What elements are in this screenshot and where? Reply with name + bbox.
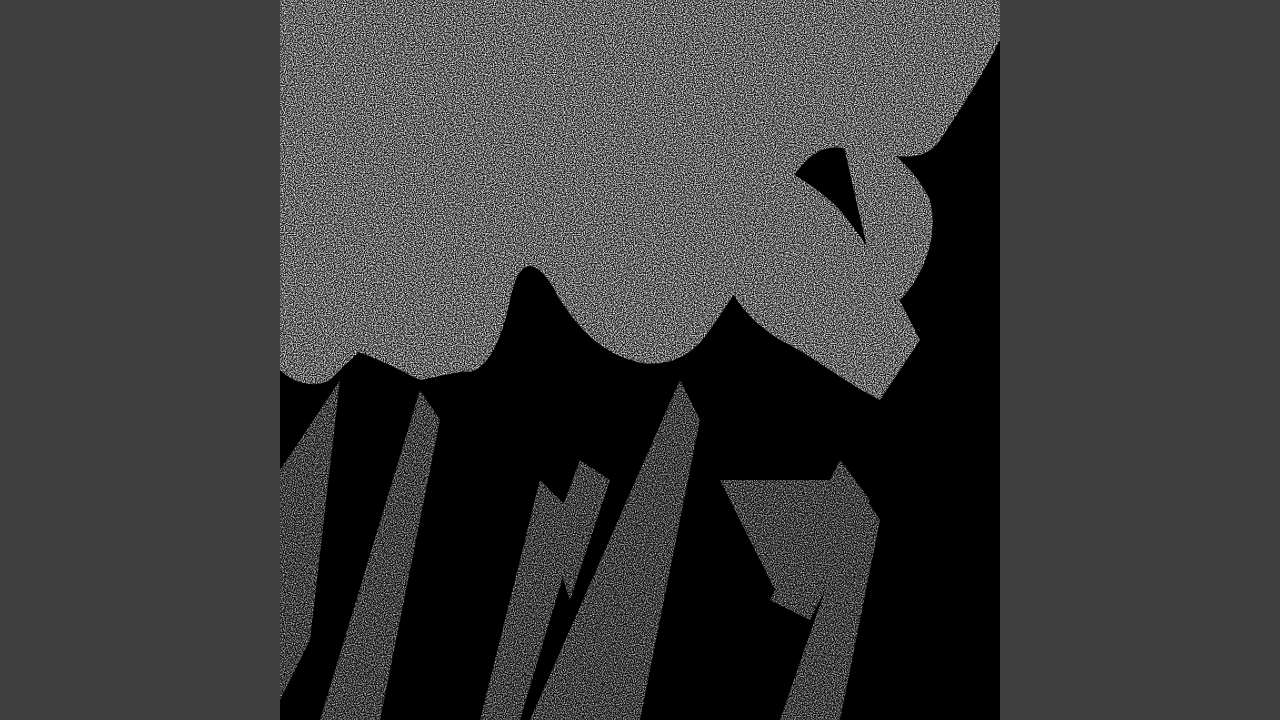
album-artwork: [280, 0, 1000, 720]
artwork-image: [280, 0, 1000, 720]
